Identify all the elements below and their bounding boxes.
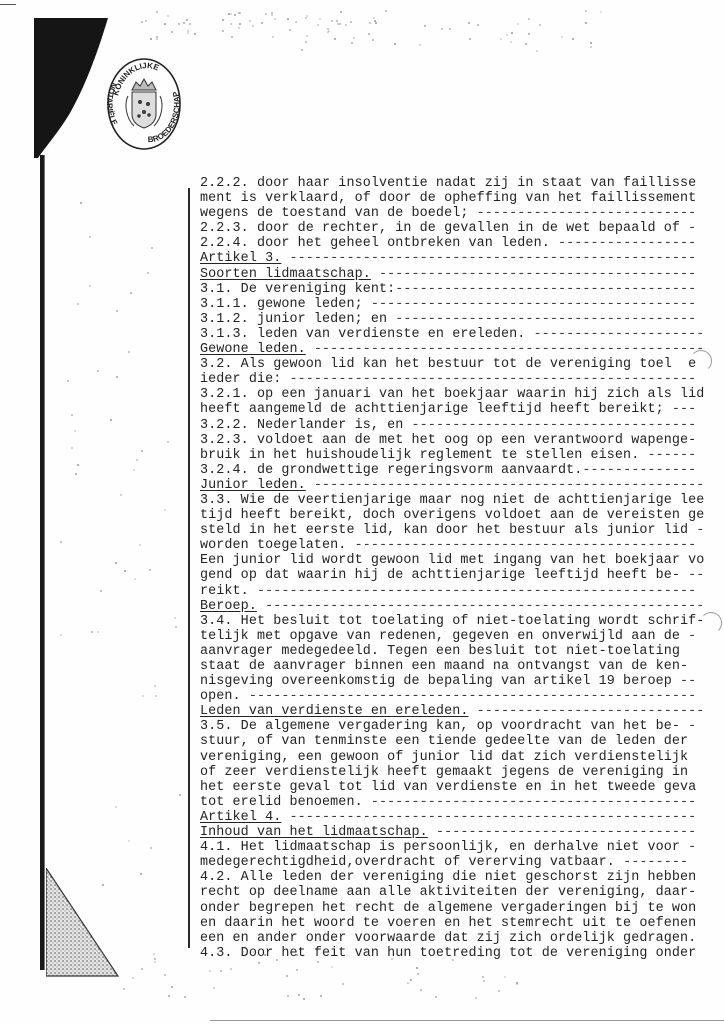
noise-speck — [230, 23, 232, 25]
noise-speck — [536, 50, 538, 52]
noise-speck — [477, 24, 479, 26]
filler-dashes: --- — [672, 402, 696, 417]
noise-speck — [168, 995, 170, 997]
line-text: recht op deelname aan alle aktiviteiten … — [200, 885, 696, 900]
text-line: ment is verklaard, of door de opheffing … — [200, 191, 724, 206]
noise-speck — [498, 990, 500, 992]
line-text: 4.2. Alle leden der vereniging die niet … — [200, 870, 696, 885]
filler-dashes: --------------------------------------- — [371, 267, 696, 282]
filler-dashes: --------------------------- — [477, 206, 697, 221]
line-text: 3.3. Wie de veertienjarige maar nog niet… — [200, 493, 704, 508]
text-line: 3.2.2. Nederlander is, en --------------… — [200, 418, 724, 433]
line-text: 3.2.4. de grondwettige regeringsvorm aan… — [200, 463, 582, 478]
filler-dashes: - — [688, 221, 696, 236]
noise-speck — [394, 43, 396, 45]
noise-speck — [410, 979, 412, 981]
text-line: 3.4. Het besluit tot toelating of niet-t… — [200, 614, 724, 629]
margin-wedge-bottom — [46, 868, 121, 978]
noise-speck — [130, 292, 132, 294]
noise-speck — [305, 41, 307, 43]
noise-speck — [151, 247, 153, 249]
noise-speck — [296, 954, 298, 956]
noise-speck — [60, 541, 62, 543]
noise-speck — [80, 202, 82, 204]
noise-speck — [274, 18, 276, 20]
line-text: 4.3. Door het feit van hun toetreding to… — [200, 946, 696, 961]
line-text: telijk met opgave van redenen, gegeven e… — [200, 629, 688, 644]
line-text: 3.1. De vereniging kent: — [200, 282, 395, 297]
filler-dashes: - — [688, 719, 696, 734]
text-line: een en ander onder voorwaarde dat zij zi… — [200, 931, 724, 946]
text-line: of zeer verdienstelijk heeft gemaakt jeg… — [200, 765, 724, 780]
noise-speck — [342, 983, 344, 985]
noise-speck — [228, 13, 230, 15]
filler-dashes: ----------------------------------------… — [306, 342, 705, 357]
scan-artifact-line — [0, 4, 16, 5]
noise-speck — [417, 973, 419, 975]
noise-speck — [296, 969, 298, 971]
noise-speck — [115, 562, 117, 564]
text-block-rule — [188, 188, 190, 948]
text-line: onder begrepen het recht de algemene ver… — [200, 901, 724, 916]
noise-speck — [339, 23, 341, 25]
text-line: tijd heeft bereikt, doch overigens voldo… — [200, 508, 724, 523]
noise-speck — [320, 995, 322, 997]
noise-speck — [141, 21, 143, 23]
noise-speck — [134, 578, 136, 580]
filler-dashes: ----------------------------------------… — [290, 372, 697, 387]
scanned-document-page: KONINKLIJKE NOTARIËLE BROEDERSCHAP 2.2.2… — [0, 0, 724, 1024]
line-text: heeft aangemeld de achttienjarige leefti… — [200, 402, 672, 417]
noise-speck — [156, 11, 158, 13]
noise-speck — [419, 44, 421, 46]
text-line: 3.3. Wie de veertienjarige maar nog niet… — [200, 493, 724, 508]
text-line: wegens de toestand van de boedel; ------… — [200, 206, 724, 221]
noise-speck — [468, 22, 470, 24]
noise-speck — [539, 24, 541, 26]
filler-dashes: -------------- — [582, 463, 696, 478]
section-heading: Artikel 3. — [200, 251, 281, 266]
noise-speck — [71, 447, 73, 449]
line-text: 3.1.3. leden van verdienste en ereleden. — [200, 327, 534, 342]
noise-speck — [249, 20, 251, 22]
noise-speck — [154, 958, 156, 960]
filler-dashes: ---------------------------- — [468, 704, 704, 719]
margin-wedge-top — [34, 18, 110, 158]
noise-speck — [141, 968, 143, 970]
text-line: 3.1.1. gewone leden; -------------------… — [200, 297, 724, 312]
noise-speck — [286, 975, 288, 977]
noise-speck — [171, 986, 173, 988]
noise-speck — [407, 982, 409, 984]
line-text: Een junior lid wordt gewoon lid met inga… — [200, 553, 704, 568]
noise-speck — [319, 18, 321, 20]
noise-speck — [301, 49, 303, 51]
text-line: gend op dat waarin hij de achttienjarige… — [200, 568, 724, 583]
noise-speck — [178, 23, 180, 25]
section-heading-line: Soorten lidmaatschap. ------------------… — [200, 267, 724, 282]
filler-dashes: ----------------------------------------… — [249, 689, 696, 704]
noise-speck — [97, 631, 99, 633]
noise-speck — [331, 966, 333, 968]
noise-speck — [164, 23, 166, 25]
noise-speck — [154, 685, 156, 687]
text-line: steld in het eerste lid, kan door het be… — [200, 523, 724, 538]
noise-speck — [222, 19, 224, 21]
noise-speck — [183, 22, 185, 24]
noise-speck — [353, 37, 355, 39]
noise-speck — [336, 20, 338, 22]
noise-speck — [164, 974, 166, 976]
noise-speck — [230, 13, 232, 15]
text-line: staat de aanvrager binnen een maand na o… — [200, 659, 724, 674]
noise-speck — [528, 33, 530, 35]
text-line: vereniging, een gewoon of junior lid dat… — [200, 750, 724, 765]
noise-speck — [220, 970, 222, 972]
noise-speck — [238, 12, 240, 14]
noise-speck — [317, 961, 319, 963]
noise-speck — [482, 976, 484, 978]
filler-dashes: ------------------------------------- — [395, 282, 696, 297]
text-line: 3.1.3. leden van verdienste en ereleden.… — [200, 327, 724, 342]
noise-speck — [128, 351, 130, 353]
text-line: en daarin het woord te voeren en het ste… — [200, 916, 724, 931]
line-text: worden toegelaten. — [200, 538, 355, 553]
noise-speck — [149, 569, 151, 571]
text-line: 4.1. Het lidmaatschap is persoonlijk, en… — [200, 840, 724, 855]
section-heading: Inhoud van het lidmaatschap. — [200, 825, 428, 840]
filler-dashes: ----------------------------------------… — [257, 584, 696, 599]
noise-speck — [331, 20, 333, 22]
noise-speck — [120, 494, 122, 496]
text-line: 4.2. Alle leden der vereniging die niet … — [200, 870, 724, 885]
filler-dashes: ----------------------------------------… — [281, 810, 696, 825]
noise-speck — [317, 24, 319, 26]
section-heading-line: Leden van verdienste en ereleden. ------… — [200, 704, 724, 719]
text-line: 3.2.4. de grondwettige regeringsvorm aan… — [200, 463, 724, 478]
filler-dashes: ----------------------------------------… — [281, 251, 696, 266]
filler-dashes: - — [688, 840, 696, 855]
noise-speck — [287, 18, 289, 20]
noise-speck — [258, 962, 260, 964]
line-text: 2.2.4. door het geheel ontbreken van led… — [200, 236, 558, 251]
noise-speck — [77, 464, 79, 466]
noise-speck — [102, 884, 104, 886]
filler-dashes: -------------------------------- — [428, 825, 696, 840]
noise-speck — [372, 39, 374, 41]
line-text: 3.2.3. voldoet aan de met het oog op een… — [200, 433, 696, 448]
notary-seal-stamp: KONINKLIJKE NOTARIËLE BROEDERSCHAP — [104, 52, 184, 152]
line-text: aanvrager medegedeeld. Tegen een besluit… — [200, 644, 680, 659]
noise-speck — [561, 36, 563, 38]
line-text: gend op dat waarin hij de achttienjarige… — [200, 568, 688, 583]
noise-speck — [305, 17, 307, 19]
margin-bar — [40, 155, 45, 970]
text-line: 2.2.2. door haar insolventie nadat zij i… — [200, 176, 724, 191]
fold-mark — [700, 612, 722, 634]
noise-speck — [128, 840, 130, 842]
noise-speck — [136, 459, 138, 461]
section-heading: Junior leden. — [200, 478, 306, 493]
text-line: aanvrager medegedeeld. Tegen een besluit… — [200, 644, 724, 659]
noise-speck — [124, 570, 126, 572]
crowned-coat-of-arms-icon — [126, 79, 162, 128]
text-line: 3.2.1. op een januari van het boekjaar w… — [200, 387, 724, 402]
line-text: ment is verklaard, of door de opheffing … — [200, 191, 696, 206]
line-text: 3.2. Als gewoon lid kan het bestuur tot … — [200, 357, 696, 372]
noise-speck — [186, 19, 188, 21]
line-text: onder begrepen het recht de algemene ver… — [200, 901, 696, 916]
noise-speck — [504, 976, 506, 978]
noise-speck — [123, 988, 125, 990]
noise-speck — [231, 36, 233, 38]
text-line: medegerechtigdheid,overdracht of verervi… — [200, 855, 724, 870]
noise-speck — [142, 695, 144, 697]
noise-speck — [368, 33, 370, 35]
noise-speck — [475, 997, 477, 999]
noise-speck — [572, 38, 574, 40]
noise-speck — [116, 310, 118, 312]
noise-speck — [420, 989, 422, 991]
noise-speck — [516, 983, 518, 985]
filler-dashes: ---------------------------------------- — [371, 297, 696, 312]
filler-dashes: --------------------- — [534, 327, 705, 342]
noise-speck — [303, 998, 305, 1000]
noise-speck — [116, 376, 118, 378]
noise-speck — [287, 995, 289, 997]
noise-speck — [77, 303, 79, 305]
noise-speck — [289, 29, 291, 31]
noise-speck — [585, 22, 587, 24]
filler-dashes: ------------------------------------- — [395, 312, 696, 327]
line-text: staat de aanvrager binnen een maand na o… — [200, 659, 688, 674]
noise-speck — [100, 590, 102, 592]
line-text: vereniging, een gewoon of junior lid dat… — [200, 750, 688, 765]
noise-speck — [115, 806, 117, 808]
line-text: open. — [200, 689, 249, 704]
noise-speck — [435, 996, 437, 998]
noise-speck — [441, 28, 443, 30]
line-text: medegerechtigdheid,overdracht of verervi… — [200, 855, 623, 870]
noise-speck — [179, 794, 181, 796]
text-line: 3.5. De algemene vergadering kan, op voo… — [200, 719, 724, 734]
noise-speck — [525, 43, 527, 45]
noise-speck — [110, 419, 112, 421]
noise-speck — [590, 46, 592, 48]
noise-speck — [271, 14, 273, 16]
scan-bottom-edge — [210, 1020, 724, 1021]
noise-speck — [276, 959, 278, 961]
text-line: tot erelid benoemen. -------------------… — [200, 795, 724, 810]
text-line: 3.1. De vereniging kent:----------------… — [200, 282, 724, 297]
section-heading-line: Beroep. --------------------------------… — [200, 599, 724, 614]
line-text: 3.2.2. Nederlander is, en — [200, 418, 412, 433]
noise-speck — [345, 24, 347, 26]
noise-speck — [528, 18, 530, 20]
noise-speck — [75, 473, 77, 475]
text-line: 3.2.3. voldoet aan de met het oog op een… — [200, 433, 724, 448]
noise-speck — [351, 42, 353, 44]
noise-speck — [60, 634, 62, 636]
noise-speck — [175, 626, 177, 628]
text-line: recht op deelname aan alle aktiviteiten … — [200, 885, 724, 900]
noise-speck — [373, 17, 375, 19]
section-heading-line: Inhoud van het lidmaatschap. -----------… — [200, 825, 724, 840]
noise-speck — [449, 28, 451, 30]
filler-dashes: - — [696, 523, 704, 538]
line-text: en daarin het woord te voeren en het ste… — [200, 916, 696, 931]
line-text: tijd heeft bereikt, doch overigens voldo… — [200, 508, 704, 523]
noise-speck — [252, 25, 254, 27]
line-text: 3.1.1. gewone leden; — [200, 297, 371, 312]
noise-speck — [194, 33, 196, 35]
noise-speck — [164, 509, 166, 511]
noise-speck — [239, 23, 241, 25]
text-line: heeft aangemeld de achttienjarige leefti… — [200, 402, 724, 417]
line-text: reikt. — [200, 584, 257, 599]
text-line: stuur, of van tenminste een tiende gedee… — [200, 734, 724, 749]
noise-speck — [452, 959, 454, 961]
filler-dashes: ------ — [647, 448, 696, 463]
text-line: telijk met opgave van redenen, gegeven e… — [200, 629, 724, 644]
text-line: worden toegelaten. ---------------------… — [200, 538, 724, 553]
noise-speck — [140, 873, 142, 875]
noise-speck — [328, 30, 330, 32]
section-heading: Leden van verdienste en ereleden. — [200, 704, 468, 719]
filler-dashes: - — [688, 629, 696, 644]
text-line: ieder die: -----------------------------… — [200, 372, 724, 387]
noise-speck — [350, 21, 352, 23]
noise-speck — [264, 954, 266, 956]
seal-text-top: KONINKLIJKE — [111, 61, 161, 96]
section-heading-line: Artikel 3. -----------------------------… — [200, 251, 724, 266]
noise-speck — [89, 285, 91, 287]
noise-speck — [141, 450, 143, 452]
text-line: het eerste geval tot lid van verdienste … — [200, 780, 724, 795]
noise-speck — [506, 34, 508, 36]
line-text: ieder die: — [200, 372, 290, 387]
noise-speck — [416, 967, 418, 969]
text-line: 2.2.4. door het geheel ontbreken van led… — [200, 236, 724, 251]
noise-speck — [238, 27, 240, 29]
noise-speck — [147, 272, 149, 274]
line-text: stuur, of van tenminste een tiende gedee… — [200, 734, 688, 749]
noise-speck — [189, 23, 191, 25]
line-text: 2.2.3. door de rechter, in de gevallen i… — [200, 221, 688, 236]
noise-speck — [167, 15, 169, 17]
noise-speck — [517, 23, 519, 25]
noise-speck — [187, 32, 189, 34]
typed-text-body: 2.2.2. door haar insolventie nadat zij i… — [200, 176, 724, 961]
noise-speck — [590, 42, 592, 44]
noise-speck — [150, 38, 152, 40]
noise-speck — [375, 22, 377, 24]
noise-speck — [230, 968, 232, 970]
line-text: of zeer verdienstelijk heeft gemaakt jeg… — [200, 765, 688, 780]
line-text: bruik in het huishoudelijk reglement te … — [200, 448, 647, 463]
noise-speck — [133, 469, 135, 471]
line-text: 4.1. Het lidmaatschap is persoonlijk, en… — [200, 840, 688, 855]
filler-dashes: ----------------------------------------… — [355, 538, 697, 553]
noise-speck — [374, 20, 376, 22]
noise-speck — [154, 961, 156, 963]
noise-speck — [298, 994, 300, 996]
line-text: tot erelid benoemen. — [200, 795, 371, 810]
filler-dashes: -------- — [623, 855, 688, 870]
line-text: 3.5. De algemene vergadering kan, op voo… — [200, 719, 688, 734]
line-text: een en ander onder voorwaarde dat zij zi… — [200, 931, 696, 946]
text-line: Een junior lid wordt gewoon lid met inga… — [200, 553, 724, 568]
noise-speck — [153, 953, 155, 955]
filler-dashes: -- — [688, 568, 704, 583]
section-heading: Gewone leden. — [200, 342, 306, 357]
filler-dashes: ----------------------------------- — [412, 418, 697, 433]
line-text: wegens de toestand van de boedel; — [200, 206, 477, 221]
noise-speck — [213, 987, 215, 989]
filler-dashes: -- — [680, 674, 696, 689]
noise-speck — [295, 21, 297, 23]
filler-dashes: ----------------------------------------… — [257, 599, 704, 614]
filler-dashes: ---------------------------------------- — [371, 795, 696, 810]
noise-speck — [585, 10, 587, 12]
noise-speck — [500, 38, 502, 40]
noise-speck — [222, 30, 224, 32]
noise-speck — [424, 25, 426, 27]
noise-speck — [174, 617, 176, 619]
text-line: nisgeving overeenkomstig de bepaling van… — [200, 674, 724, 689]
section-heading-line: Junior leden. --------------------------… — [200, 478, 724, 493]
noise-speck — [71, 414, 73, 416]
section-heading: Beroep. — [200, 599, 257, 614]
noise-speck — [209, 970, 211, 972]
section-heading-line: Artikel 4. -----------------------------… — [200, 810, 724, 825]
text-line: 3.1.2. junior leden; en ----------------… — [200, 312, 724, 327]
noise-speck — [145, 20, 147, 22]
text-line: 2.2.3. door de rechter, in de gevallen i… — [200, 221, 724, 236]
text-line: 4.3. Door het feit van hun toetreding to… — [200, 946, 724, 961]
text-line: bruik in het huishoudelijk reglement te … — [200, 448, 724, 463]
noise-speck — [67, 380, 69, 382]
noise-speck — [369, 22, 371, 24]
line-text: 2.2.2. door haar insolventie nadat zij i… — [200, 176, 696, 191]
noise-speck — [265, 13, 267, 15]
noise-speck — [184, 996, 186, 998]
noise-speck — [385, 10, 387, 12]
noise-speck — [272, 36, 274, 38]
text-line: open. ----------------------------------… — [200, 689, 724, 704]
noise-speck — [132, 977, 134, 979]
filler-dashes: ----------------- — [558, 236, 696, 251]
noise-speck — [156, 38, 158, 40]
noise-speck — [261, 22, 263, 24]
noise-speck — [306, 35, 308, 37]
noise-speck — [483, 980, 485, 982]
text-line: 3.2. Als gewoon lid kan het bestuur tot … — [200, 357, 724, 372]
line-text: 3.1.2. junior leden; en — [200, 312, 395, 327]
line-text: 3.4. Het besluit tot toelating of niet-t… — [200, 614, 704, 629]
noise-speck — [89, 236, 91, 238]
noise-speck — [340, 11, 342, 13]
noise-speck — [510, 41, 512, 43]
text-line: reikt. ---------------------------------… — [200, 584, 724, 599]
noise-speck — [469, 38, 471, 40]
line-text: 3.2.1. op een januari van het boekjaar w… — [200, 387, 704, 402]
section-heading-line: Gewone leden. --------------------------… — [200, 342, 724, 357]
section-heading: Soorten lidmaatschap. — [200, 267, 371, 282]
noise-speck — [511, 32, 513, 34]
noise-speck — [334, 38, 336, 40]
section-heading: Artikel 4. — [200, 810, 281, 825]
